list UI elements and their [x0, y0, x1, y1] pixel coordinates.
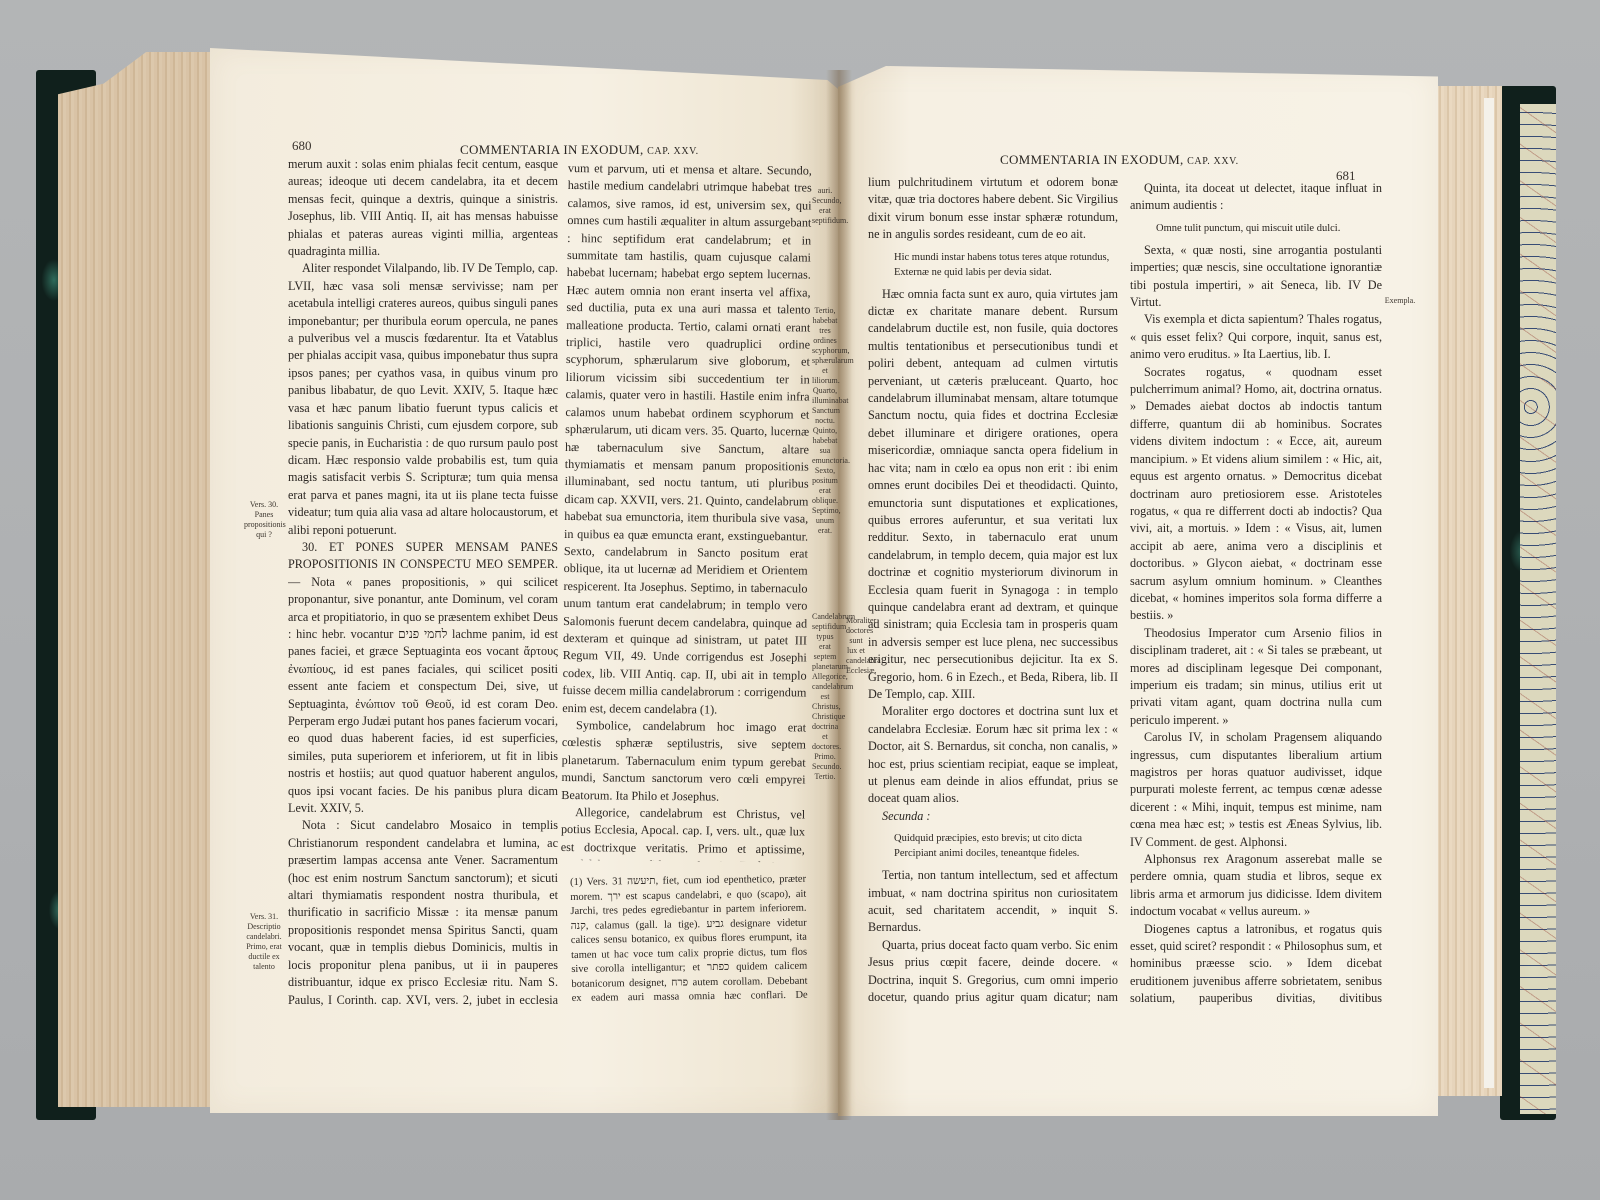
- margin-note-candelabrum: Candelabrum septifidum typus erat septem…: [812, 612, 838, 782]
- margin-note-exempla: Exempla.: [1384, 296, 1416, 306]
- paragraph: Nota : Sicut candelabro Mosaico in templ…: [288, 817, 558, 1006]
- margin-note-secundo: auri. Secundo, erat septifidum.: [812, 186, 838, 226]
- paragraph: lium pulchritudinem virtutum et odorem b…: [868, 174, 1118, 244]
- secunda-heading: Secunda :: [868, 808, 1118, 825]
- paragraph: Moraliter ergo doctores et doctrina sunt…: [868, 703, 1118, 807]
- footnote-area: (1) Vers. 31 תיעשה, fiet, cum iod epenth…: [570, 873, 808, 1006]
- running-head-title: COMMENTARIA IN EXODUM,: [460, 142, 644, 157]
- paragraph: Quarta, prius doceat facto quam verbo. S…: [868, 937, 1118, 1006]
- margin-note-moraliter: Moraliter doctores sunt lux et candelabr…: [846, 616, 866, 676]
- page-edges-left: [58, 52, 210, 1107]
- paragraph: Sexta, « quæ nosti, sine arrogantia post…: [1130, 242, 1382, 312]
- left-page-column-1: merum auxit : solas enim phialas fecit c…: [288, 156, 558, 1006]
- verse-heading-30: 30. ET PONES SUPER MENSAM PANES PROPOSIT…: [288, 539, 558, 818]
- page-number-left: 680: [292, 138, 312, 154]
- paragraph: Symbolice, candelabrum hoc imago erat cœ…: [561, 717, 806, 807]
- paragraph: Carolus IV, in scholam Pragensem aliquan…: [1130, 729, 1382, 851]
- paragraph: merum auxit : solas enim phialas fecit c…: [288, 156, 558, 260]
- running-head-right: COMMENTARIA IN EXODUM, CAP. XXV.: [1000, 152, 1239, 168]
- paragraph: Theodosius Imperator cum Arsenio filios …: [1130, 625, 1382, 729]
- paragraph: Aliter respondet Vilalpando, lib. IV De …: [288, 260, 558, 539]
- margin-note-tertio-septimo: Tertio, habebat tres ordines scyphorum, …: [812, 306, 838, 536]
- verse-quote-horace: Quidquid præcipies, esto brevis; ut cito…: [868, 831, 1118, 861]
- flyleaf: [1484, 98, 1494, 1088]
- paragraph: Tertia, non tantum intellectum, sed et a…: [868, 867, 1118, 937]
- left-page-column-2: vum et parvum, uti et mensa et altare. S…: [561, 160, 812, 863]
- paragraph: Vis exempla et dicta sapientum? Thales r…: [1130, 311, 1382, 363]
- right-page-column-2: Quinta, ita doceat ut delectet, itaque i…: [1130, 180, 1382, 1006]
- paragraph: Quinta, ita doceat ut delectet, itaque i…: [1130, 180, 1382, 215]
- verse-quote-horace-utile-dulci: Omne tulit punctum, qui miscuit utile du…: [1130, 221, 1382, 236]
- paragraph: Diogenes captus a latronibus, et rogatus…: [1130, 921, 1382, 1006]
- running-head-title: COMMENTARIA IN EXODUM,: [1000, 152, 1184, 167]
- paragraph: Allegorice, candelabrum est Christus, ve…: [561, 804, 806, 863]
- running-head-chapter: CAP. XXV.: [647, 146, 699, 157]
- paragraph: Alphonsus rex Aragonum asserebat malle s…: [1130, 851, 1382, 921]
- paragraph: vum et parvum, uti et mensa et altare. S…: [562, 160, 812, 720]
- book-gutter: [826, 70, 852, 1120]
- marbled-endpaper: [1520, 104, 1556, 1114]
- paragraph: Socrates rogatus, « quodnam esset pulche…: [1130, 364, 1382, 625]
- right-page-column-1: lium pulchritudinem virtutum et odorem b…: [868, 174, 1118, 1006]
- margin-note-vers-31: Vers. 31. Descriptio candelabri. Primo, …: [244, 912, 284, 972]
- footnote: (1) Vers. 31 תיעשה, fiet, cum iod epenth…: [570, 873, 808, 1006]
- running-head-chapter: CAP. XXV.: [1187, 156, 1239, 167]
- margin-note-vers-30: Vers. 30. Panes propositionis qui ?: [244, 500, 284, 540]
- paragraph: Hæc omnia facta sunt ex auro, quia virtu…: [868, 286, 1118, 704]
- verse-quote-virgil: Hic mundi instar habens totus teres atqu…: [868, 250, 1118, 280]
